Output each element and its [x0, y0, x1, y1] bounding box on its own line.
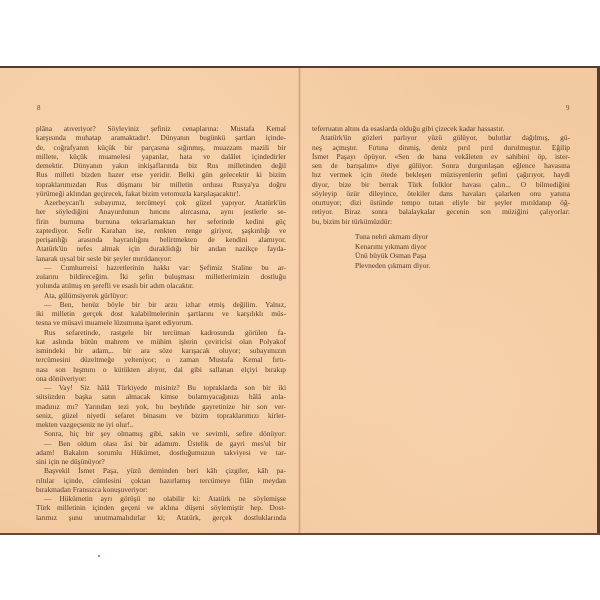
verse-line: Tuna nehri akmam diyor [355, 232, 430, 242]
text-line: — Vay! Siz hâlâ Türkiyede misiniz? Bu to… [36, 383, 286, 392]
text-line: teferruatın altını da esaslarda olduğu g… [312, 124, 570, 133]
text-line: hız vermek için ötede bekleşen müzisyenl… [312, 170, 570, 179]
text-line: oturtuyor; dizi üstünde tempo tutan eliy… [312, 198, 570, 207]
folk-song-verse: Tuna nehri akmam diyorKenarımı yıkmam di… [355, 232, 430, 270]
text-line: seniz, güzel niyetli sefaret binasını ve… [36, 411, 286, 420]
text-line: — Ben oldum olası âsi bir adamım. Üsteli… [36, 439, 286, 448]
right-page: 9 teferruatın altını da esaslarda olduğu… [301, 68, 597, 533]
text-line: plâna atıveriyor? Söyleyiniz şefiniz cen… [36, 124, 286, 133]
text-line: topraklarımızdan Rus düşmanı bir milleti… [36, 180, 286, 189]
text-line: sen de barışalım» diye gülüyor. Sonra du… [312, 161, 570, 170]
text-line: Rus milleti bizden hazer etse yeridir. B… [36, 170, 286, 179]
left-page-body-text: plâna atıveriyor? Söyleyiniz şefiniz cen… [36, 124, 286, 522]
text-line: Atatürk'ün gözleri parlıyor yüzü gülüyor… [312, 133, 570, 142]
text-line: Atatürk'ün nefes almak için duraklidığı … [36, 244, 286, 253]
verse-line: Kenarımı yıkmam diyor [355, 242, 430, 252]
text-line: Azerbeycan'lı subayımız, tercümeyi çok g… [36, 198, 286, 207]
text-line: ona dönüveriyor: [36, 374, 286, 383]
left-page: 8 plâna atıveriyor? Söyleyiniz şefiniz c… [0, 68, 298, 533]
text-line: tercümesini düzeltmeğe yelteniyor; o zam… [36, 355, 286, 364]
text-line: Türk milletinin içinden geçeni ve aklına… [36, 503, 286, 512]
text-line: neş açmıştır. Fırtına dinmiş, deniz pırı… [312, 143, 570, 152]
text-line: larımız şunu unutmamalıdırlar ki; Atatür… [36, 513, 286, 522]
text-line: ismindeki bir adam,.. bir ara söze karış… [36, 346, 286, 355]
ink-speck [98, 555, 100, 557]
text-line: — Ben, henüz böyle bir bir arzu izhar et… [36, 300, 286, 309]
right-page-body-text: teferruatın altını da esaslarda olduğu g… [312, 124, 570, 226]
text-line: İsmet Paşayı öpüyor. «Sen de bana vekâle… [312, 152, 570, 161]
text-line: millete, küçük muamelesi yapanlar, hata … [36, 152, 286, 161]
text-line: Ata, gülümsiyerek gürlüyor: [36, 291, 286, 300]
text-line: nası son hışmını o kütükten alıyor, dal … [36, 365, 286, 374]
verse-line: Ünü büyük Osman Paşa [355, 251, 430, 261]
text-line: söyleyip özür dileyince, ötekiler dans h… [312, 189, 570, 198]
verse-line: Plevneden çıkmam diyor. [355, 261, 430, 271]
text-line: — Cumhurreisi hazretlerinin hakkı var: Ş… [36, 263, 286, 272]
text-line: Rus sefaretinde, rastgele bir tercüman k… [36, 328, 286, 337]
text-line: yürümeği aklından geçirecek, fakat bizim… [36, 189, 286, 198]
text-line: kat aslında bütün mahrem ve mühim işleri… [36, 337, 286, 346]
text-line: her söylediğini Anayurdunun hıncını alır… [36, 207, 286, 216]
text-line: firin burnuna burnuna tekrarlamaktan her… [36, 217, 286, 226]
text-line: tesna ve müsavi muamele lüzumuna işaret … [36, 318, 286, 327]
text-line: sütsüzden başka satın almacak kimse bula… [36, 392, 286, 401]
text-line: bu, bizim bir türkümüzdür: [312, 217, 570, 226]
text-line: rıltılar içinde, cümlesini çoktan hazırl… [36, 476, 286, 485]
text-line: perişanlığı arasında hayranlığını belirt… [36, 235, 286, 244]
text-line: demektir. Dünyanın yakın inkişaflarında … [36, 161, 286, 170]
text-line: diyor, bize bir berrak Türk folklor hava… [312, 180, 570, 189]
text-line: mekten vazgeçseniz ne iyi olur!.. [36, 420, 286, 429]
text-line: lanarak uysal bir sesle bir şeyler mırıl… [36, 254, 286, 263]
text-line: yolunda atılmış en şerefli ve esaslı bir… [36, 281, 286, 290]
text-line: sini için ne düşünüyor? [36, 457, 286, 466]
text-line: — Hükümetin ayrı görüşü ne olabilir ki: … [36, 494, 286, 503]
open-book-spread: 8 plâna atıveriyor? Söyleyiniz şefiniz c… [0, 66, 600, 535]
text-line: karşısında muhatap aramaktadır!. Dünyanı… [36, 133, 286, 142]
text-line: zaptediyor. Sefir Karahan ise, renkten r… [36, 226, 286, 235]
text-line: zularını bildireceğim. İki şefin buluşma… [36, 272, 286, 281]
text-line: Sonra, hiç bir şey olmamış gibi, sakin v… [36, 429, 286, 438]
text-line: bırakmadan Fransızca konuşuveriyor: [36, 485, 286, 494]
text-line: retiyor. Biraz sonra balalaykalar geceni… [312, 207, 570, 216]
text-line: Başvekil İsmet Paşa, yüzü deminden beri … [36, 466, 286, 475]
text-line: madınız mı? Yarından tezi yok, bu beyhûd… [36, 402, 286, 411]
text-line: de, coğrafyanın küçük bir parçasına sığı… [36, 143, 286, 152]
page-number-left: 8 [37, 104, 41, 112]
page-number-right: 9 [566, 104, 570, 112]
text-line: adam! Bakalım sorumlu Hükümet, dostluğum… [36, 448, 286, 457]
text-line: iki milletin gerçek dost kalabilmelerini… [36, 309, 286, 318]
